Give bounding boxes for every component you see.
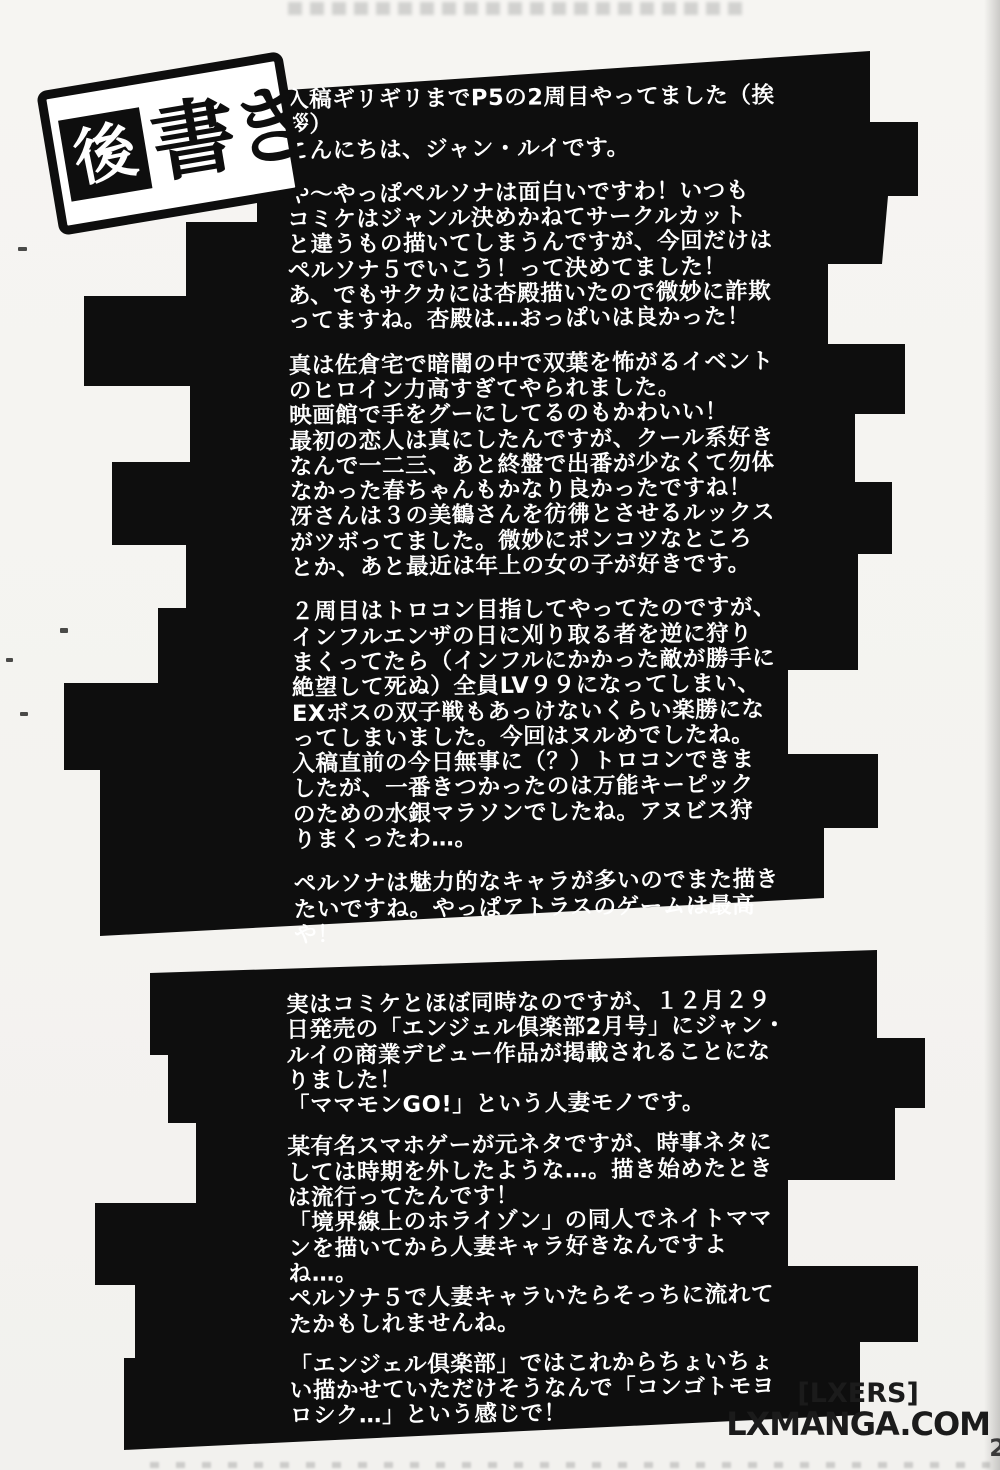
paragraph-atlus: ペルソナは魅力的なキャラが多いのでまた描き たいですね。やっぱアトラスのゲームは… [294,867,795,948]
scan-speck [60,628,68,633]
paragraph-debut-news: 実はコミケとほぼ同時なのですが、１２月２９ 日発売の「エンジェル倶楽部2月号」に… [286,988,787,1119]
page-edge-shading [984,0,1000,1470]
paragraph-closing: 「エンジェル倶楽部」ではこれからちょいちょ い描かせていただけそうなんで「コンゴ… [289,1349,790,1430]
stamp-title-text: 書き [146,79,318,188]
scan-bleed-bottom [150,1462,990,1468]
paragraph-heroines: 真は佐倉宅で暗闇の中で双葉を怖がるイベント のヒロイン力高すぎてやられました。 … [289,349,791,581]
paragraph-persona: や〜やっぱペルソナは面白いですわ！いつも コミケはジャンル決めかねてサークルカッ… [287,178,788,335]
paragraph-trophy-run: ２周目はトロコン目指してやってたのですが、 インフルエンザの日に刈り取る者を逆に… [291,596,793,854]
scan-bleed-top [288,2,748,15]
afterword-text-bottom: 実はコミケとほぼ同時なのですが、１２月２９ 日発売の「エンジェル倶楽部2月号」に… [286,988,790,1446]
stamp-boxed-kanji: 後 [69,118,142,191]
afterword-text-top: 入稿ギリギリまでP5の2周目やってました（挨拶） こんにちは、ジャン・ルイです。… [286,83,794,967]
paragraph-mamamon: 某有名スマホゲーが元ネタですが、時事ネタに しては時期を外したような…。描き始め… [287,1131,789,1338]
paragraph-greeting: 入稿ギリギリまでP5の2周目やってました（挨拶） こんにちは、ジャン・ルイです。 [286,83,787,164]
watermark-domain: LXMANGA.COM [726,1408,990,1442]
site-watermark: [LXERS] LXMANGA.COM [726,1380,990,1442]
stamp-kanji-box: 後 [58,107,152,201]
page-number: 2 [989,1434,1000,1462]
scan-speck [18,247,27,251]
watermark-tag: [LXERS] [726,1380,990,1408]
manga-afterword-page: 後 書き 入稿ギリギリまでP5の2周目やってました（挨拶） こんにちは、ジャン・… [0,0,1000,1470]
scan-speck [20,712,28,716]
scan-speck [6,658,13,662]
